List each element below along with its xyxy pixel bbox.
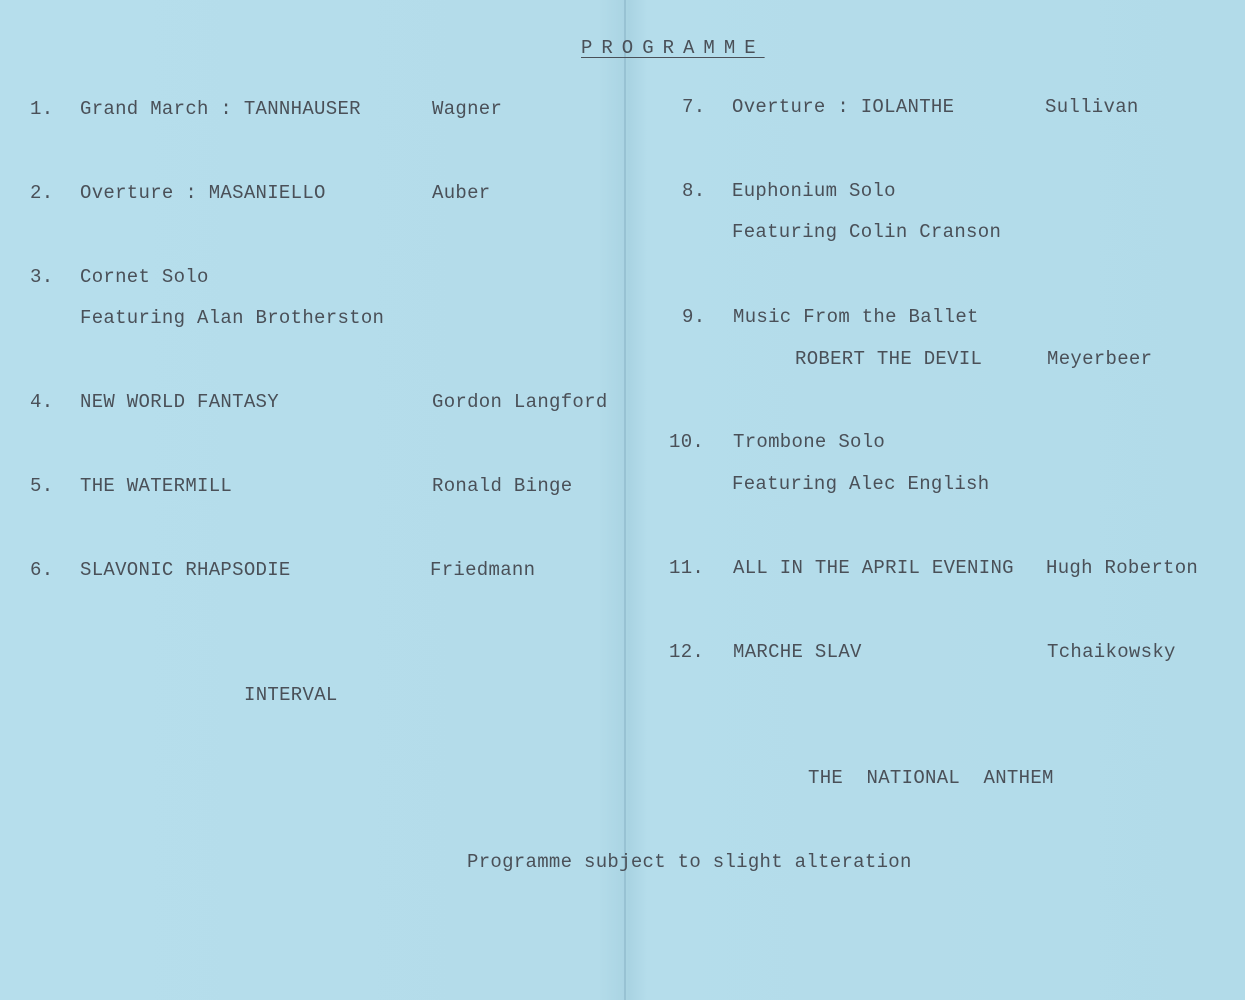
item-composer: Sullivan bbox=[1045, 96, 1139, 118]
item-number: 4. bbox=[30, 391, 53, 413]
item-piece: Euphonium Solo bbox=[732, 180, 896, 202]
item-composer: Tchaikowsky bbox=[1047, 641, 1176, 663]
item-piece: THE WATERMILL bbox=[80, 475, 232, 497]
item-number: 5. bbox=[30, 475, 53, 497]
item-featuring: Featuring Alec English bbox=[732, 473, 989, 495]
item-piece: Grand March : TANNHAUSER bbox=[80, 98, 361, 120]
item-number: 10. bbox=[669, 431, 704, 453]
item-subtitle: ROBERT THE DEVIL bbox=[795, 348, 982, 370]
paper-fold bbox=[624, 0, 626, 1000]
item-piece: SLAVONIC RHAPSODIE bbox=[80, 559, 291, 581]
item-piece: Cornet Solo bbox=[80, 266, 209, 288]
item-composer: Hugh Roberton bbox=[1046, 557, 1198, 579]
item-piece: MARCHE SLAV bbox=[733, 641, 862, 663]
item-number: 9. bbox=[682, 306, 705, 328]
item-number: 2. bbox=[30, 182, 53, 204]
item-number: 6. bbox=[30, 559, 53, 581]
item-number: 3. bbox=[30, 266, 53, 288]
item-composer: Wagner bbox=[432, 98, 502, 120]
item-composer: Gordon Langford bbox=[432, 391, 608, 413]
item-number: 7. bbox=[682, 96, 705, 118]
finale-label: THE NATIONAL ANTHEM bbox=[808, 767, 1054, 789]
item-piece: ALL IN THE APRIL EVENING bbox=[733, 557, 1014, 579]
item-number: 12. bbox=[669, 641, 704, 663]
item-number: 11. bbox=[669, 557, 704, 579]
item-piece: Music From the Ballet bbox=[733, 306, 979, 328]
page-title: PROGRAMME bbox=[581, 37, 765, 59]
item-number: 8. bbox=[682, 180, 705, 202]
programme-sheet: PROGRAMME 1. Grand March : TANNHAUSER Wa… bbox=[0, 0, 1245, 1000]
footnote: Programme subject to slight alteration bbox=[467, 851, 912, 873]
item-composer: Ronald Binge bbox=[432, 475, 572, 497]
item-featuring: Featuring Colin Cranson bbox=[732, 221, 1001, 243]
item-piece: Overture : MASANIELLO bbox=[80, 182, 326, 204]
item-piece: NEW WORLD FANTASY bbox=[80, 391, 279, 413]
interval-label: INTERVAL bbox=[244, 684, 338, 706]
item-piece: Overture : IOLANTHE bbox=[732, 96, 954, 118]
item-piece: Trombone Solo bbox=[733, 431, 885, 453]
item-composer: Friedmann bbox=[430, 559, 535, 581]
item-featuring: Featuring Alan Brotherston bbox=[80, 307, 384, 329]
item-composer: Meyerbeer bbox=[1047, 348, 1152, 370]
item-composer: Auber bbox=[432, 182, 491, 204]
item-number: 1. bbox=[30, 98, 53, 120]
